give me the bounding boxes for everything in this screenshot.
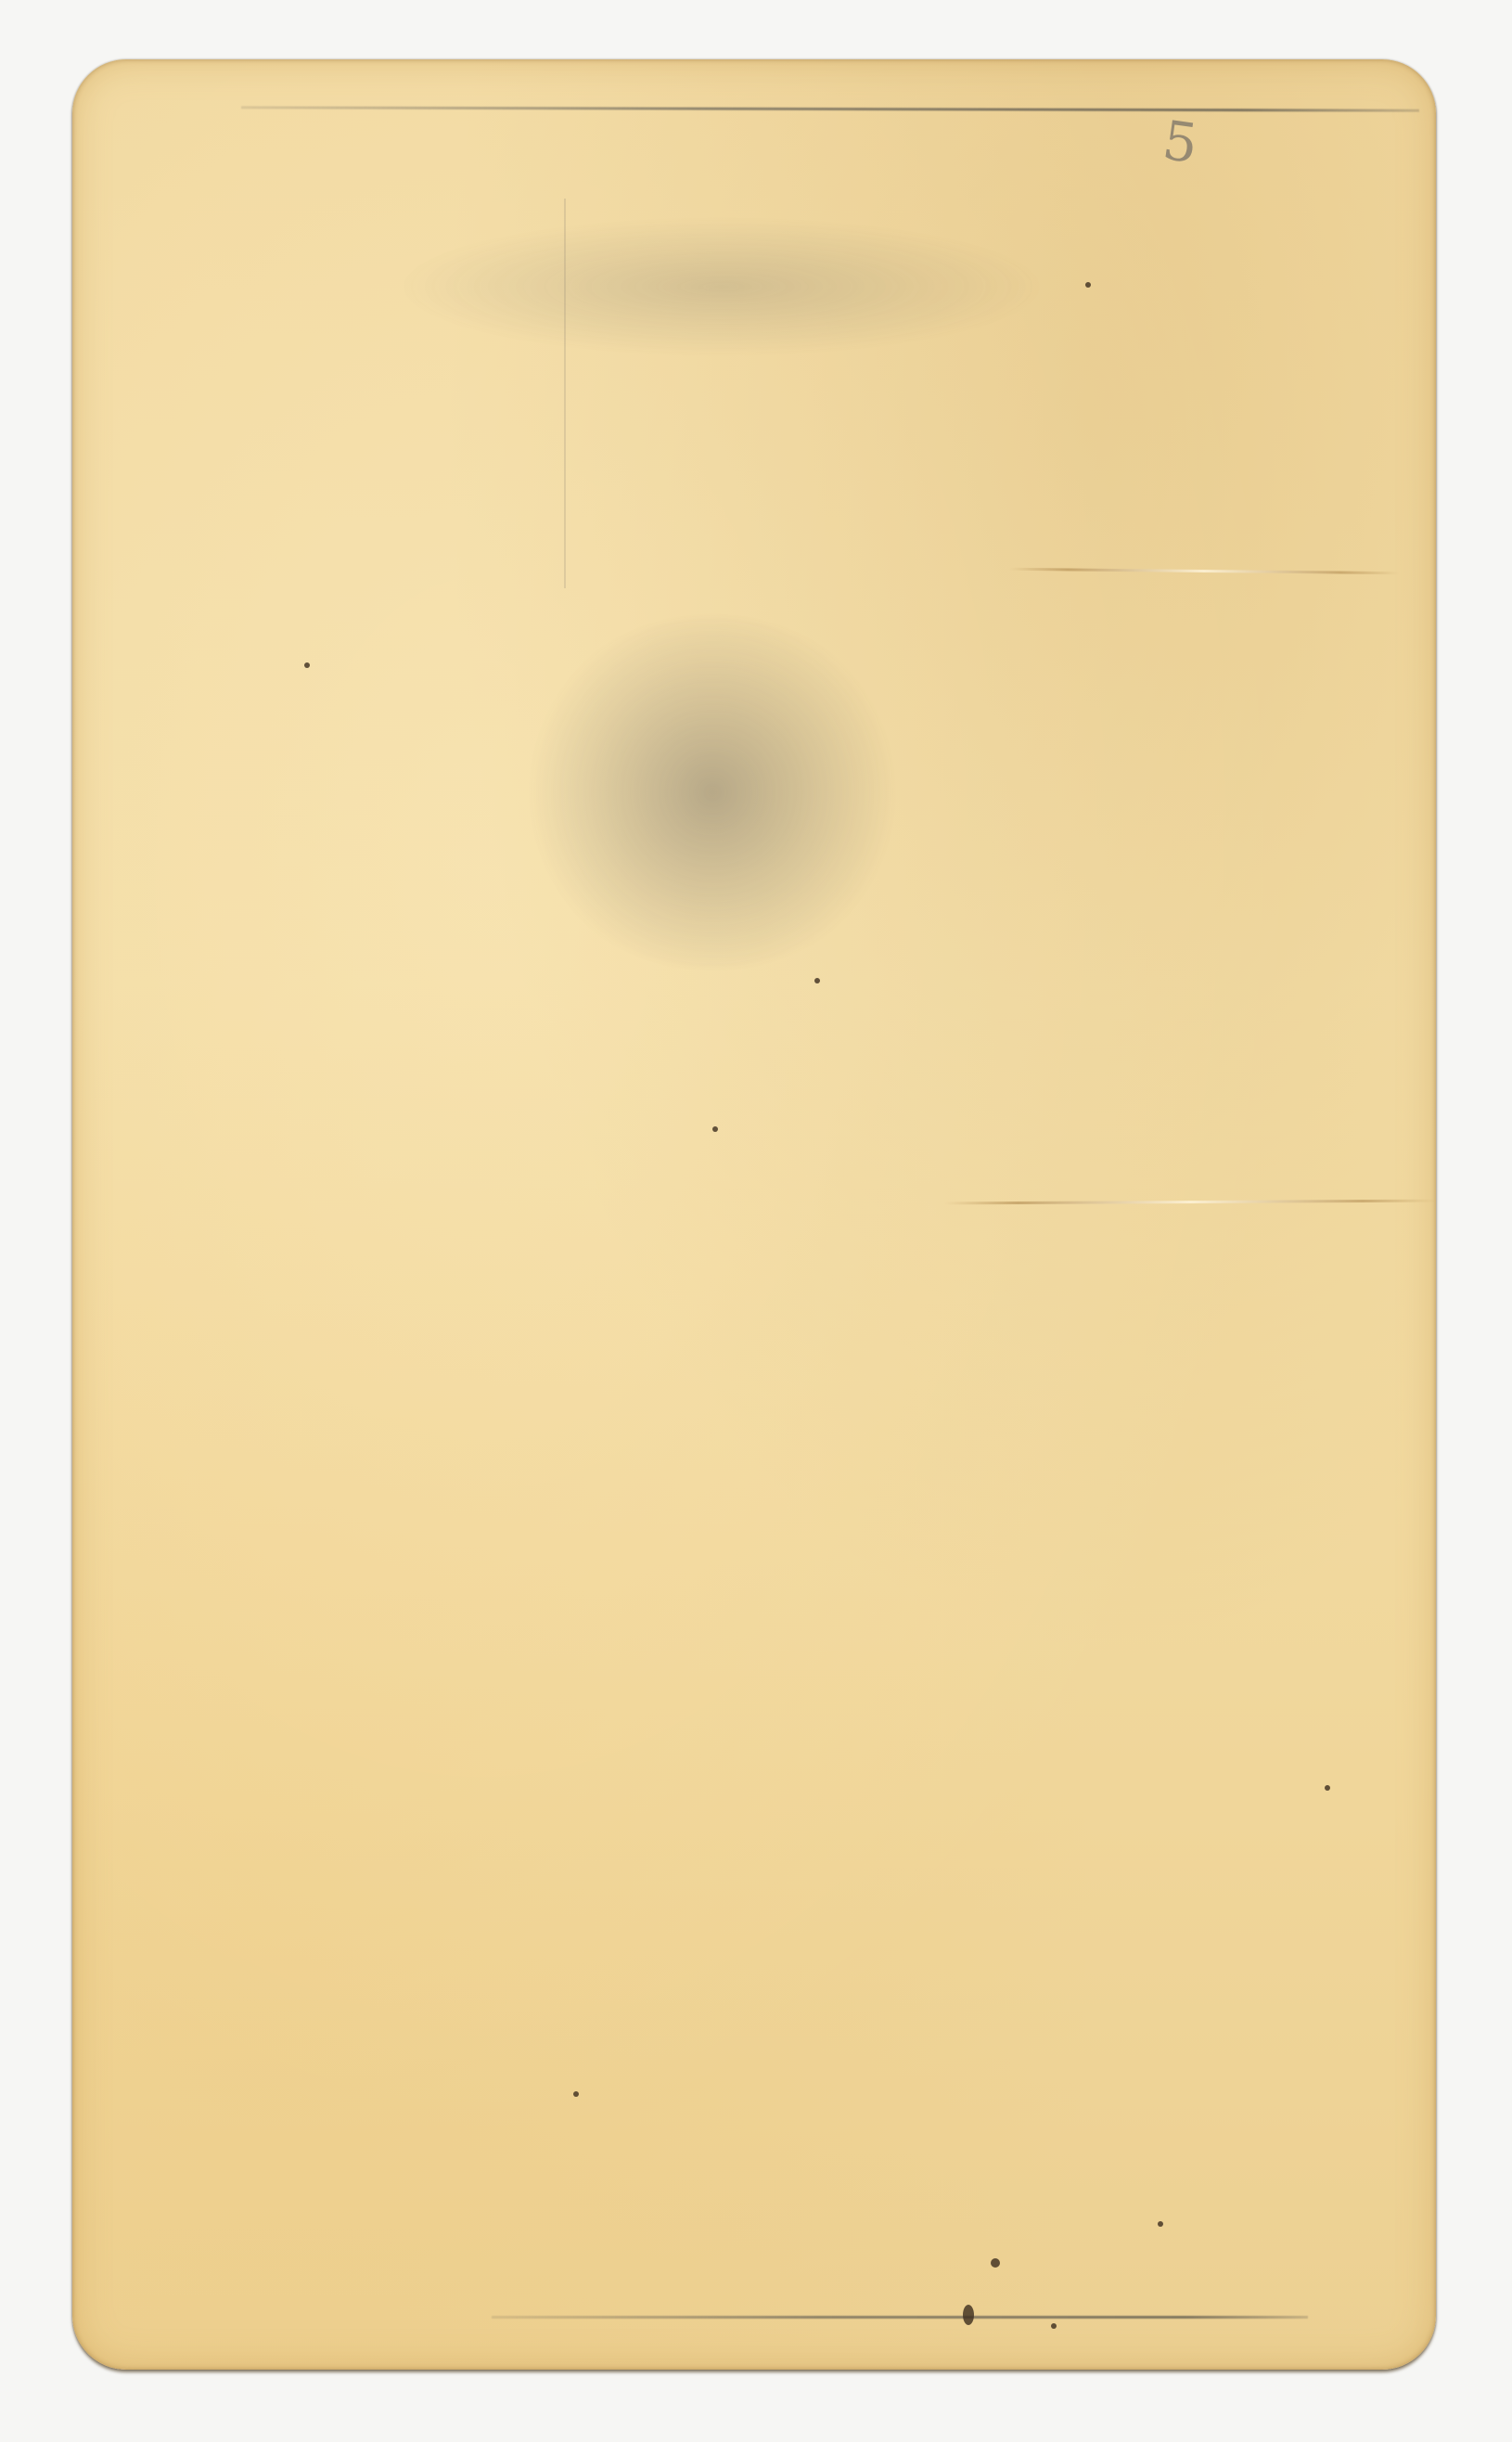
card-edge-toning	[72, 59, 1436, 2370]
card-back: 5	[72, 59, 1436, 2370]
